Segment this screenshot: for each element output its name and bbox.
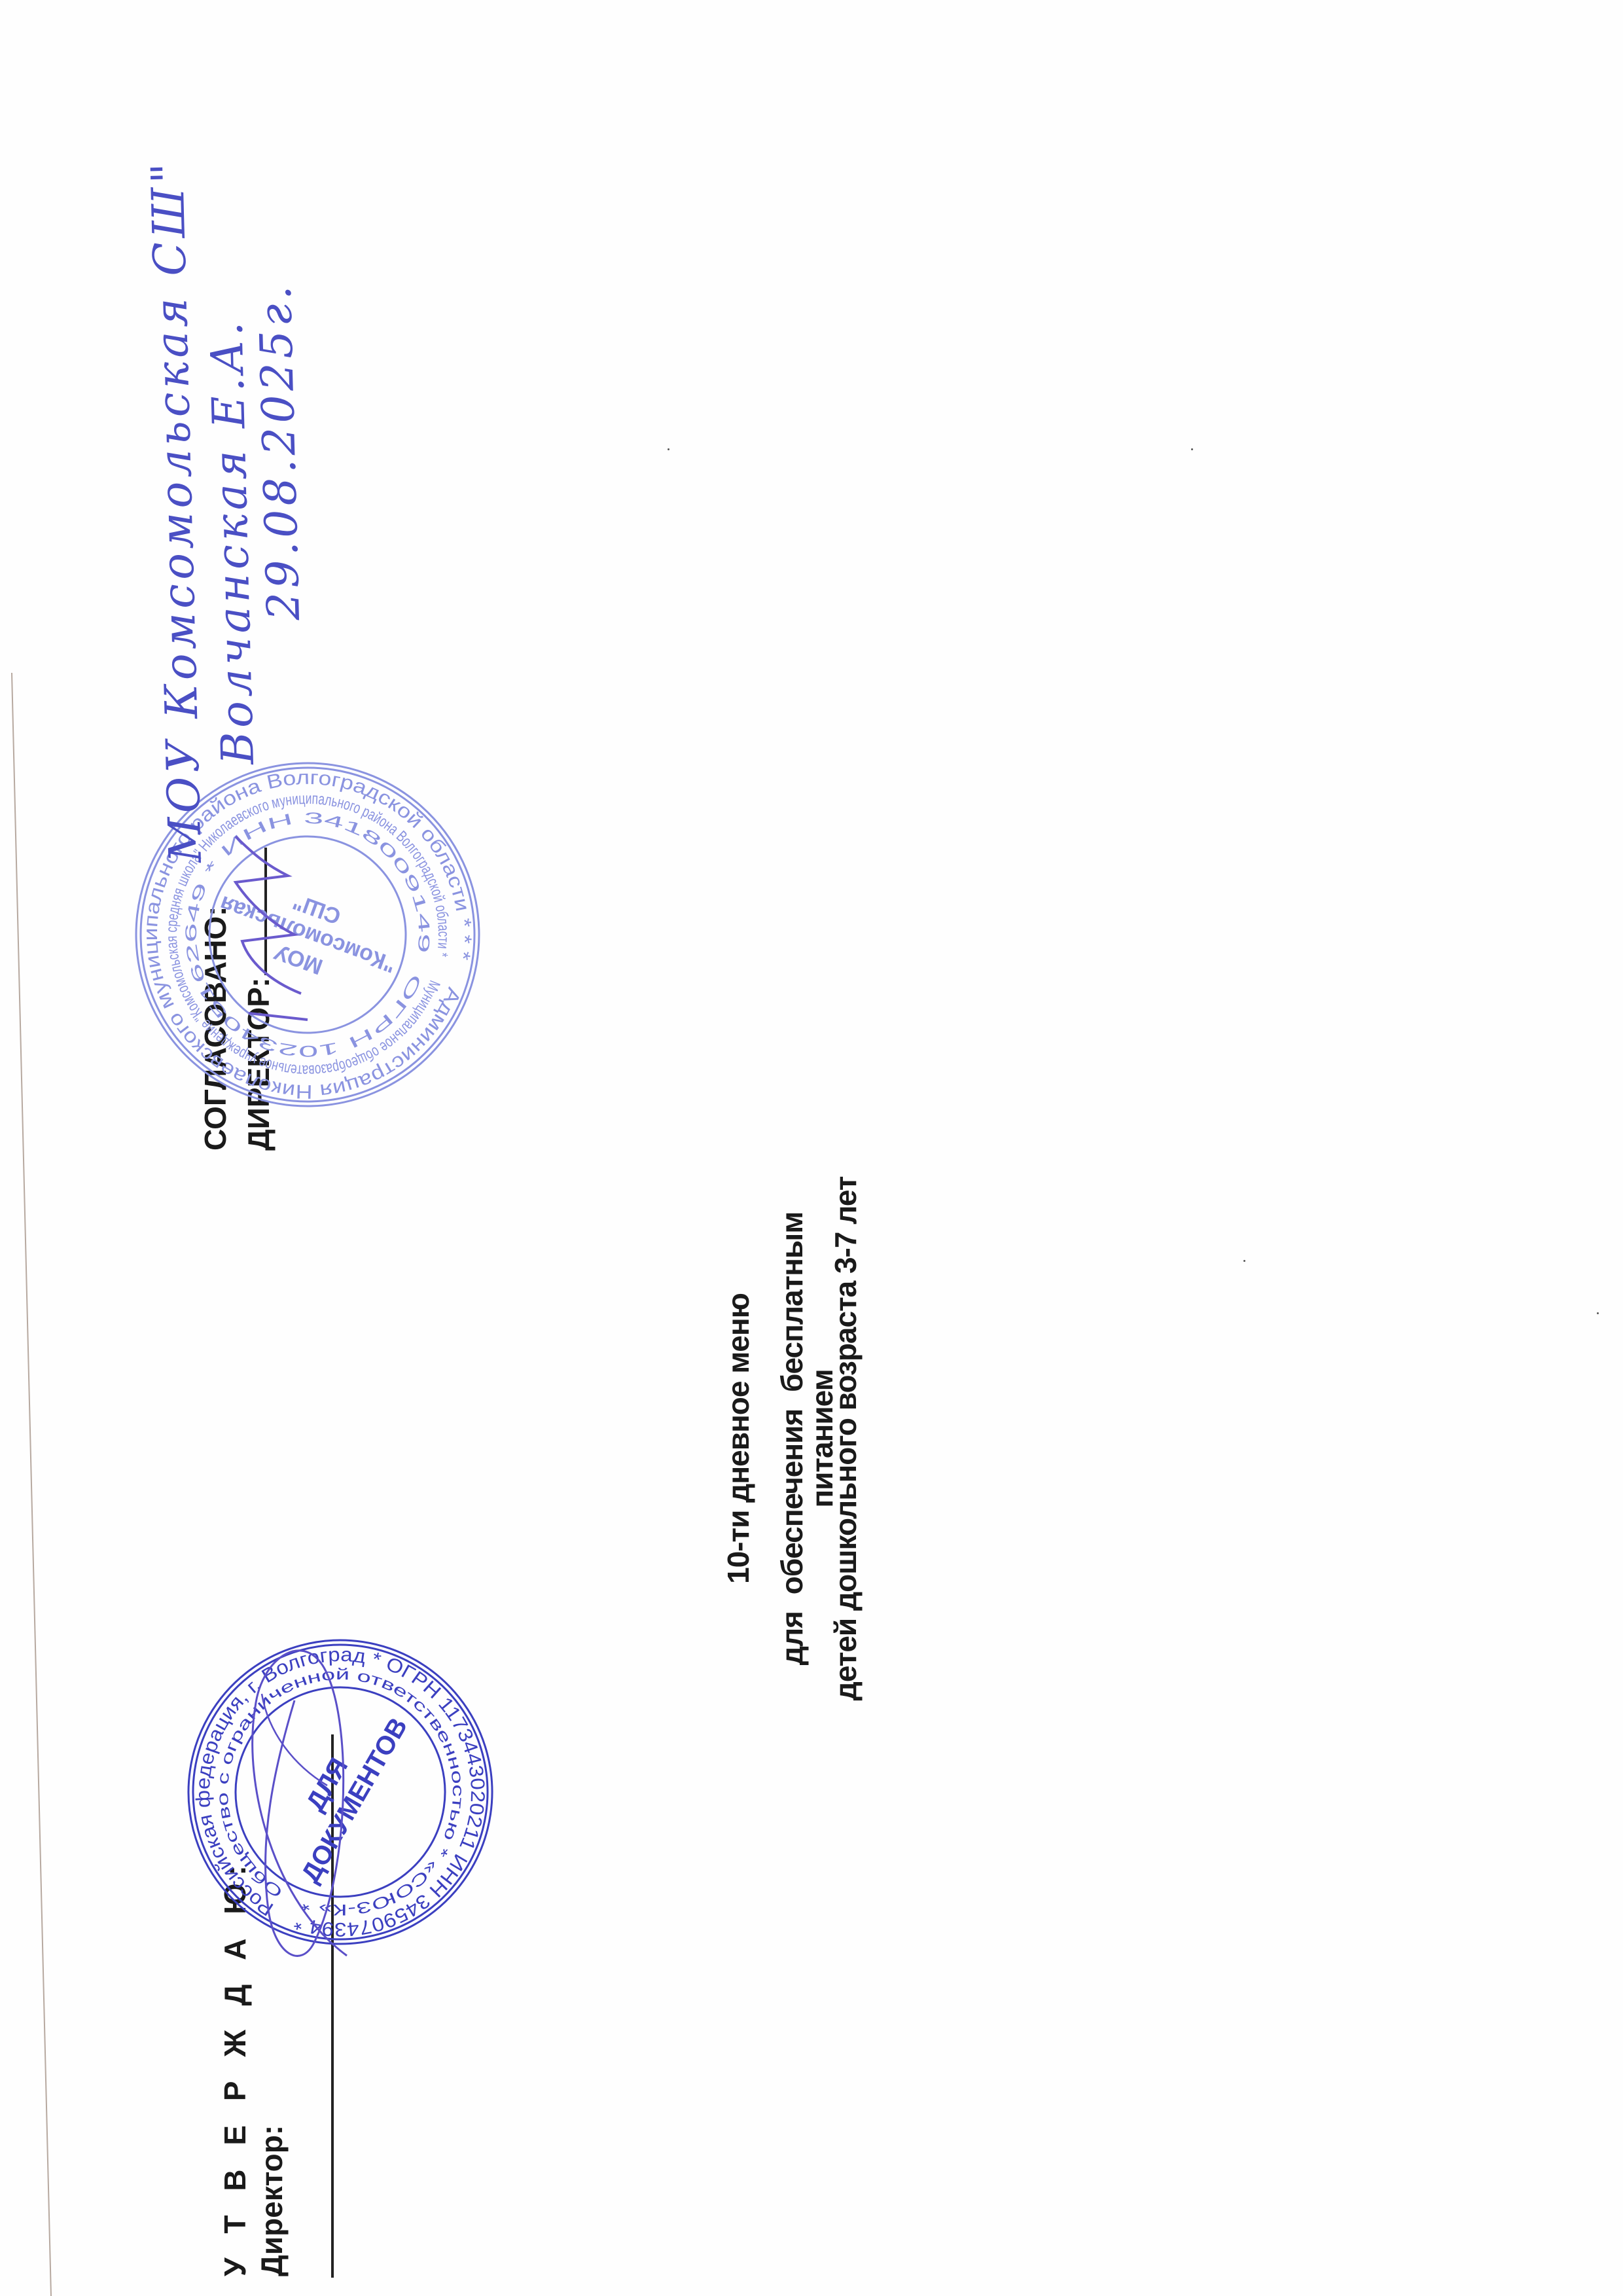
svg-text:Общество с ограниченной ответс: Общество с ограниченной ответственностью… <box>168 1619 513 1965</box>
scan-speck <box>1597 1312 1599 1314</box>
handwritten-date: 29.08.2025г. <box>249 281 310 621</box>
document-title: 10-ти дневное меню для обеспечения беспл… <box>723 1144 884 1733</box>
supplier-stamp: Российская федерация, г. Волгоград * ОГР… <box>177 1628 504 1956</box>
scan-edge-line <box>0 673 59 2296</box>
scan-speck <box>1191 448 1193 450</box>
scan-speck <box>1243 1260 1245 1262</box>
svg-text:Российская федерация, г. Волго: Российская федерация, г. Волгоград * ОГР… <box>138 1590 543 1994</box>
title-line-3: детей дошкольного возраста 3-7 лет <box>830 1144 884 1733</box>
scan-speck <box>668 448 669 450</box>
document-page: У Т В Е Р Ж Д А Ю: Директор: Российская … <box>0 0 1623 2296</box>
title-line-1: 10-ти дневное меню <box>723 1144 777 1733</box>
approval-role-label: Директор: <box>257 2125 287 2276</box>
title-line-2: для обеспечения бесплатным питанием <box>777 1144 830 1733</box>
